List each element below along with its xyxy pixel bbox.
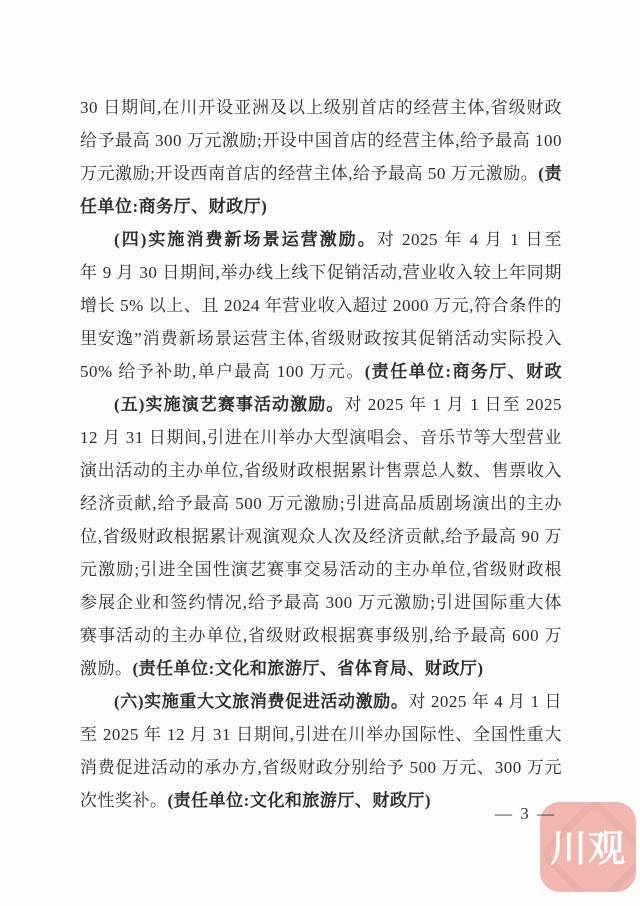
body-text: 对 2025 年 4 月 1 日 bbox=[408, 692, 562, 711]
document-line: (六)实施重大文旅消费促进活动激励。对 2025 年 4 月 1 日 bbox=[80, 685, 562, 718]
body-text: 元激励;引进全国性演艺赛事交易活动的主办单位,省级财政根据 bbox=[80, 560, 562, 586]
document-line: 年 9 月 30 日期间,举办线上线下促销活动,营业收入较上年同期 bbox=[80, 256, 562, 289]
emphasis-text: (责任单位:文化和旅游厅、财政厅) bbox=[168, 791, 431, 810]
document-line: 经济贡献,给予最高 500 万元激励;引进高品质剧场演出的主办单 bbox=[80, 487, 562, 520]
body-text: 参展企业和签约情况,给予最高 300 万元激励;引进国际重大体育 bbox=[80, 593, 562, 619]
body-text: 增长 5% 以上、且 2024 年营业收入超过 2000 万元,符合条件的“蜀 bbox=[80, 296, 562, 322]
body-text: 万元激励;开设西南首店的经营主体,给予最高 50 万元激励。 bbox=[80, 164, 538, 183]
emphasis-text: (责任单位:文化和旅游厅、省体育局、财政厅) bbox=[133, 659, 484, 678]
document-line: 次性奖补。(责任单位:文化和旅游厅、财政厅) bbox=[80, 784, 562, 817]
document-line: 里安逸”消费新场景运营主体,省级财政按其促销活动实际投入的 bbox=[80, 322, 562, 355]
body-text: 次性奖补。 bbox=[80, 791, 168, 810]
document-line: 参展企业和签约情况,给予最高 300 万元激励;引进国际重大体育 bbox=[80, 586, 562, 619]
body-text: 给予最高 300 万元激励;开设中国首店的经营主体,给予最高 100 bbox=[80, 131, 562, 150]
body-text: 年 9 月 30 日期间,举办线上线下促销活动,营业收入较上年同期 bbox=[80, 263, 562, 282]
document-line: 位,省级财政根据累计观演观众人次及经济贡献,给予最高 90 万 bbox=[80, 520, 562, 553]
body-text: 至 2025 年 12 月 31 日期间,引进在川举办国际性、全国性重大文旅 bbox=[80, 725, 562, 751]
document-line: 50% 给予补助,单户最高 100 万元。(责任单位:商务厅、财政厅) bbox=[80, 355, 562, 388]
document-line: 赛事活动的主办单位,省级财政根据赛事级别,给予最高 600 万元 bbox=[80, 619, 562, 652]
body-text: 赛事活动的主办单位,省级财政根据赛事级别,给予最高 600 万元 bbox=[80, 626, 562, 652]
body-text: 12 月 31 日期间,引进在川举办大型演唱会、音乐节等大型营业性 bbox=[80, 428, 562, 454]
body-text: 位,省级财政根据累计观演观众人次及经济贡献,给予最高 90 万 bbox=[80, 527, 562, 546]
document-line: 万元激励;开设西南首店的经营主体,给予最高 50 万元激励。(责 bbox=[80, 157, 562, 190]
body-text: 50% 给予补助,单户最高 100 万元。 bbox=[80, 362, 365, 381]
document-line: 任单位:商务厅、财政厅) bbox=[80, 190, 562, 223]
emphasis-text: (四)实施消费新场景运营激励。 bbox=[114, 230, 377, 249]
body-text: 演出活动的主办单位,省级财政根据累计售票总人数、售票收入及 bbox=[80, 461, 562, 487]
body-text: 消费促进活动的承办方,省级财政分别给予 500 万元、300 万元一 bbox=[80, 758, 562, 784]
document-line: 元激励;引进全国性演艺赛事交易活动的主办单位,省级财政根据 bbox=[80, 553, 562, 586]
document-line: 增长 5% 以上、且 2024 年营业收入超过 2000 万元,符合条件的“蜀 bbox=[80, 289, 562, 322]
document-line: 12 月 31 日期间,引进在川举办大型演唱会、音乐节等大型营业性 bbox=[80, 421, 562, 454]
document-page: 30 日期间,在川开设亚洲及以上级别首店的经营主体,省级财政给予最高 300 万… bbox=[0, 0, 640, 906]
document-line: 30 日期间,在川开设亚洲及以上级别首店的经营主体,省级财政 bbox=[80, 91, 562, 124]
emphasis-text: (责 bbox=[538, 164, 562, 183]
body-text: 里安逸”消费新场景运营主体,省级财政按其促销活动实际投入的 bbox=[80, 329, 562, 355]
emphasis-text: 任单位:商务厅、财政厅) bbox=[80, 197, 267, 216]
document-line: 至 2025 年 12 月 31 日期间,引进在川举办国际性、全国性重大文旅 bbox=[80, 718, 562, 751]
document-line: 消费促进活动的承办方,省级财政分别给予 500 万元、300 万元一 bbox=[80, 751, 562, 784]
emphasis-text: (五)实施演艺赛事活动激励。 bbox=[114, 395, 344, 414]
page-number: — 3 — bbox=[495, 804, 556, 824]
body-text: 经济贡献,给予最高 500 万元激励;引进高品质剧场演出的主办单 bbox=[80, 494, 562, 520]
document-line: (四)实施消费新场景运营激励。对 2025 年 4 月 1 日至 2025 bbox=[80, 223, 562, 256]
watermark-text: 川观 bbox=[550, 827, 626, 868]
document-line: 给予最高 300 万元激励;开设中国首店的经营主体,给予最高 100 bbox=[80, 124, 562, 157]
body-text: 激励。 bbox=[80, 659, 133, 678]
document-body: 30 日期间,在川开设亚洲及以上级别首店的经营主体,省级财政给予最高 300 万… bbox=[80, 91, 562, 817]
document-line: (五)实施演艺赛事活动激励。对 2025 年 1 月 1 日至 2025 年 bbox=[80, 388, 562, 421]
body-text: 30 日期间,在川开设亚洲及以上级别首店的经营主体,省级财政 bbox=[80, 98, 562, 117]
document-line: 激励。(责任单位:文化和旅游厅、省体育局、财政厅) bbox=[80, 652, 562, 685]
document-line: 演出活动的主办单位,省级财政根据累计售票总人数、售票收入及 bbox=[80, 454, 562, 487]
emphasis-text: (六)实施重大文旅消费促进活动激励。 bbox=[114, 692, 408, 711]
